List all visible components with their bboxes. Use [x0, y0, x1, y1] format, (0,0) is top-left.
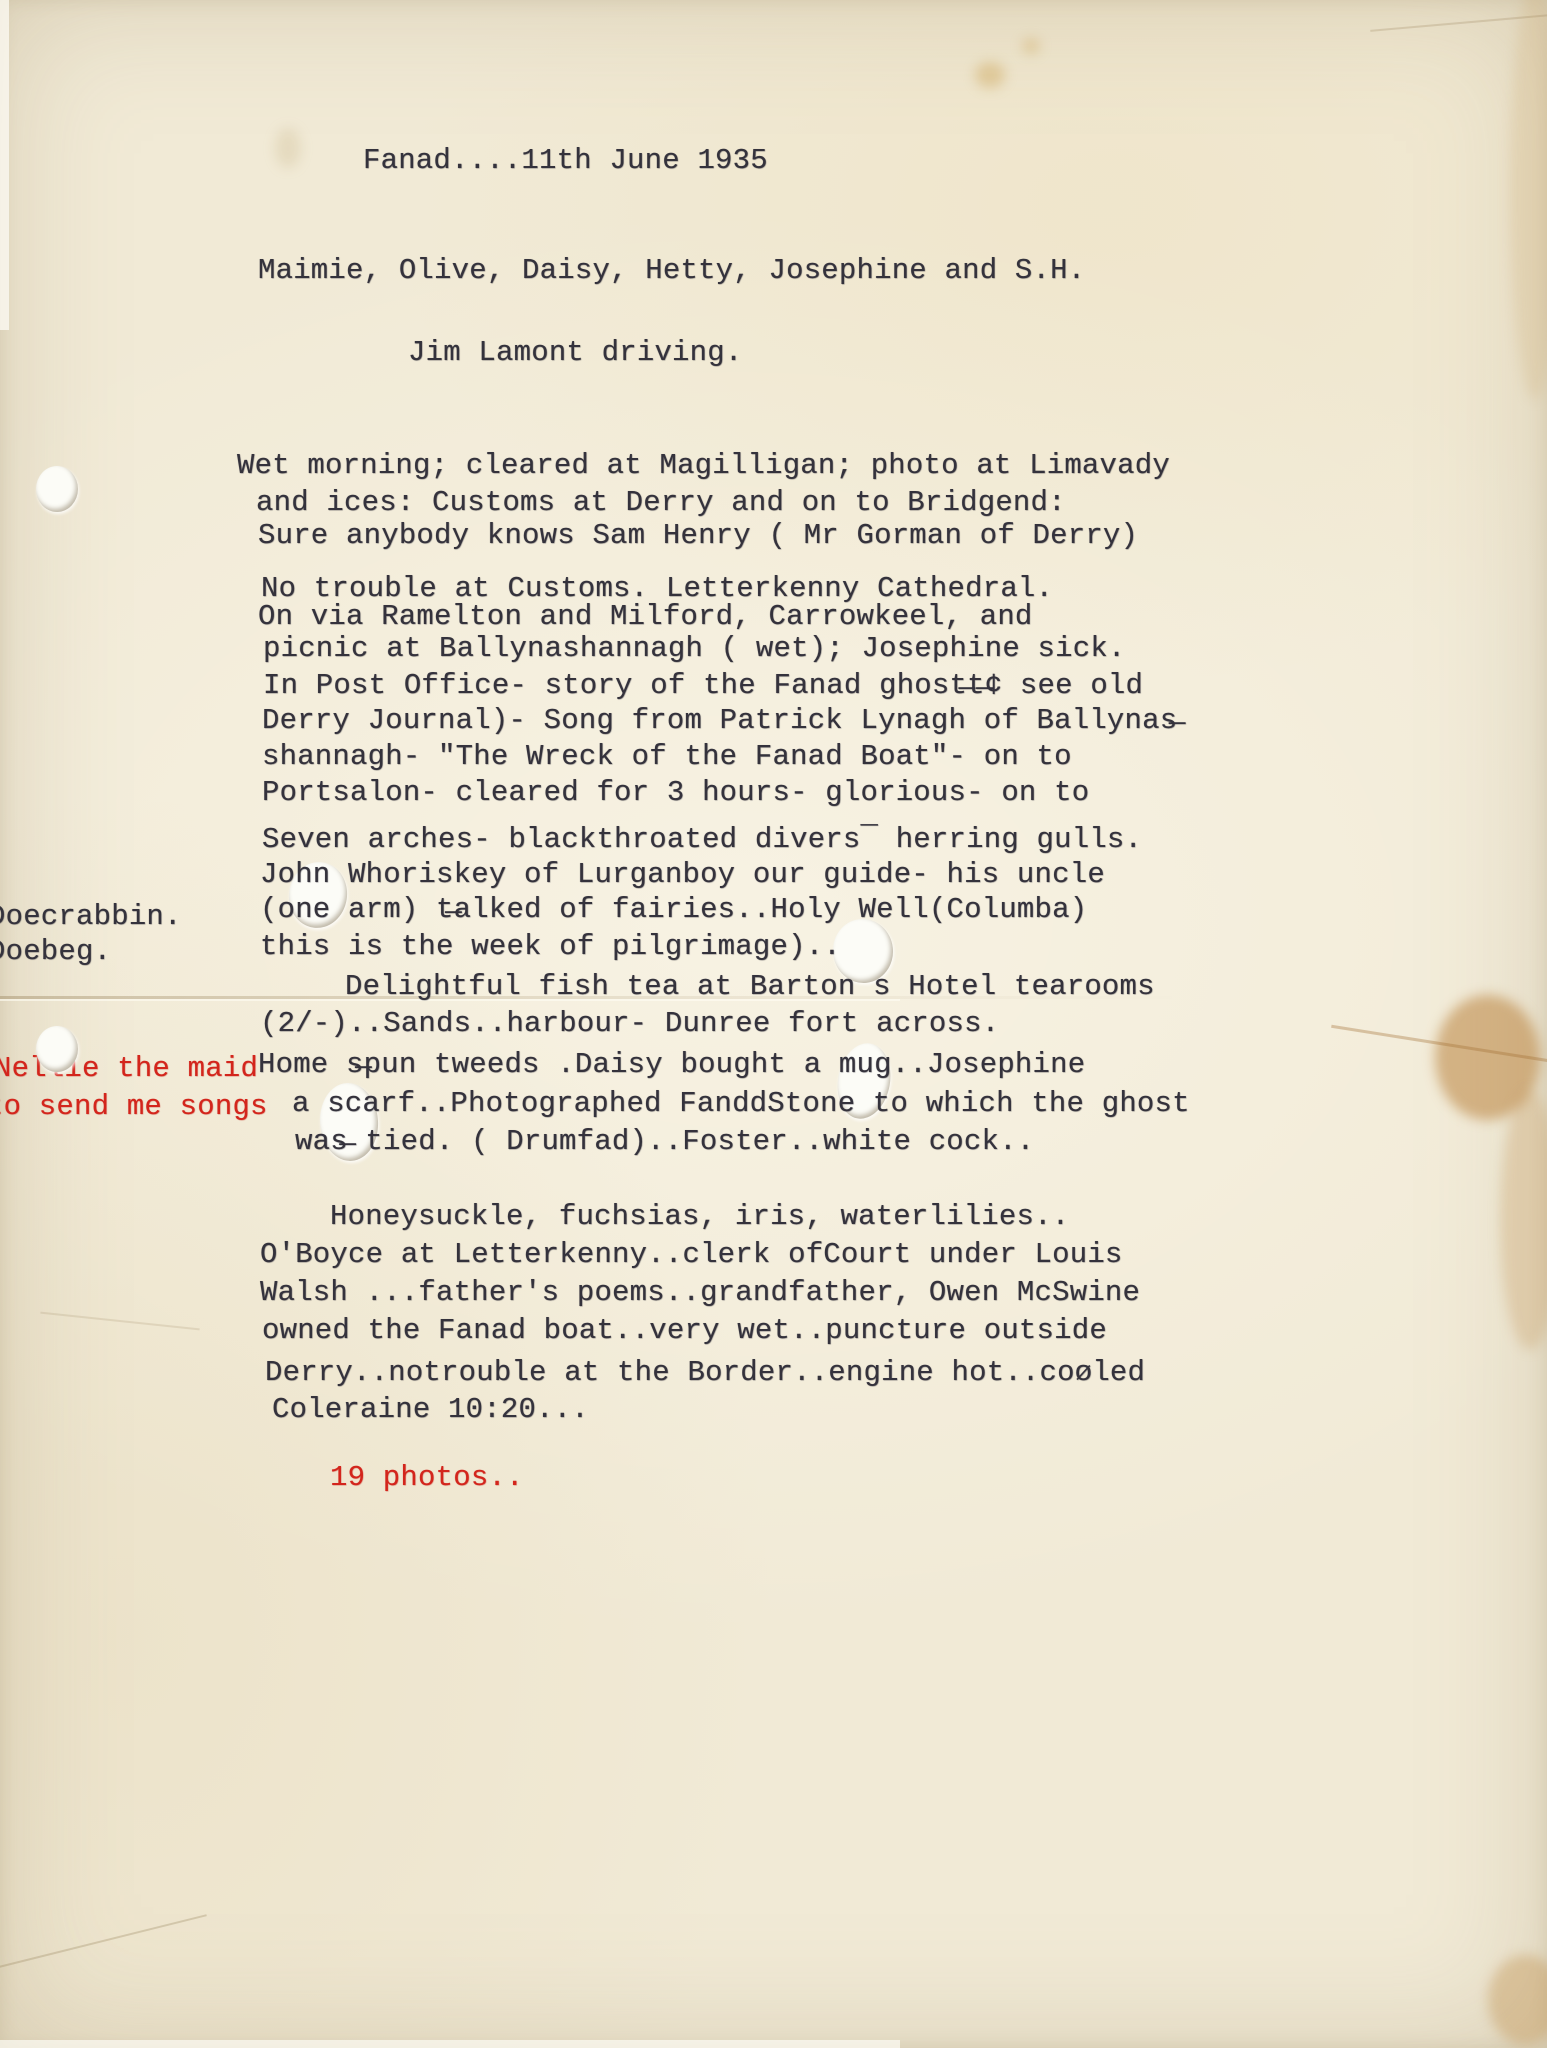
crease-line	[40, 1312, 199, 1331]
typed-line: Home s̶pun tweeds .Daisy bought a mug..J…	[258, 1049, 1085, 1080]
punch-hole	[36, 1026, 78, 1072]
typed-line: Seven arches- blackthroated divers¯ herr…	[262, 824, 1142, 855]
punch-hole	[36, 466, 78, 512]
paper-stain	[1500, 1090, 1547, 1350]
paper-stain	[975, 62, 1005, 88]
typed-line: Portsalon- cleared for 3 hours- glorious…	[262, 777, 1089, 808]
typed-line: Derry Journal)- Song from Patrick Lynagh…	[262, 705, 1177, 736]
margin-note-songs: to send me songs	[0, 1091, 268, 1122]
typed-line: (one arm) t̶alked of fairies..Holy Well(…	[260, 894, 1087, 925]
scan-edge-bottom	[0, 2040, 900, 2048]
paper-stain	[1510, 0, 1547, 400]
paper-stain	[1488, 1955, 1547, 2045]
margin-note-doebeg: Doebeg.	[0, 936, 111, 967]
typed-line: In Post Office- story of the Fanad ghost…	[263, 670, 1143, 701]
paper-stain	[1022, 38, 1040, 54]
typed-line: picnic at Ballynashannagh ( wet); Joseph…	[263, 633, 1126, 664]
margin-note-doecrabbin: Doecrabbin.	[0, 901, 182, 932]
typed-line: John Whoriskey of Lurganboy our guide- h…	[260, 859, 1105, 890]
letter-title: Fanad....11th June 1935	[363, 145, 768, 176]
typed-line: Sure anybody knows Sam Henry ( Mr Gorman…	[258, 520, 1138, 551]
typed-line: (2/-)..Sands..harbour- Dunree fort acros…	[260, 1008, 999, 1039]
typed-line: owned the Fanad boat..very wet..puncture…	[262, 1315, 1107, 1346]
typed-line: and ices: Customs at Derry and on to Bri…	[256, 487, 1066, 518]
typed-line: was̶ tied. ( Drumfad)..Foster..white coc…	[295, 1126, 1034, 1157]
typed-line: Walsh ...father's poems..grandfather, Ow…	[260, 1277, 1140, 1308]
typed-line: Delightful fish tea at Barton s Hotel te…	[345, 971, 1155, 1002]
typed-line: Wet morning; cleared at Magilligan; phot…	[237, 450, 1170, 481]
scanned-letter-page: Fanad....11th June 1935 Maimie, Olive, D…	[0, 0, 1547, 2048]
driver-line: Jim Lamont driving.	[408, 337, 742, 368]
typed-line: On via Ramelton and Milford, Carrowkeel,…	[258, 601, 1033, 632]
scan-edge-left	[0, 0, 9, 330]
typed-line: O'Boyce at Letterkenny..clerk ofCourt un…	[260, 1239, 1123, 1270]
party-line: Maimie, Olive, Daisy, Hetty, Josephine a…	[258, 255, 1085, 286]
crease-line	[0, 1914, 207, 1972]
typed-line: this is the week of pilgrimage)..	[260, 931, 841, 962]
typed-line: Coleraine 10:20...	[272, 1394, 589, 1425]
typed-line: Honeysuckle, fuchsias, iris, waterlilies…	[330, 1201, 1069, 1232]
paper-stain	[275, 128, 301, 168]
photos-count-note: 19 photos..	[330, 1462, 524, 1493]
typed-line: Derry..notrouble at the Border..engine h…	[265, 1357, 1145, 1388]
typed-line: a scarf..Photographed FanddStone to whic…	[292, 1088, 1190, 1119]
typed-line: shannagh- "The Wreck of the Fanad Boat"-…	[262, 741, 1072, 772]
